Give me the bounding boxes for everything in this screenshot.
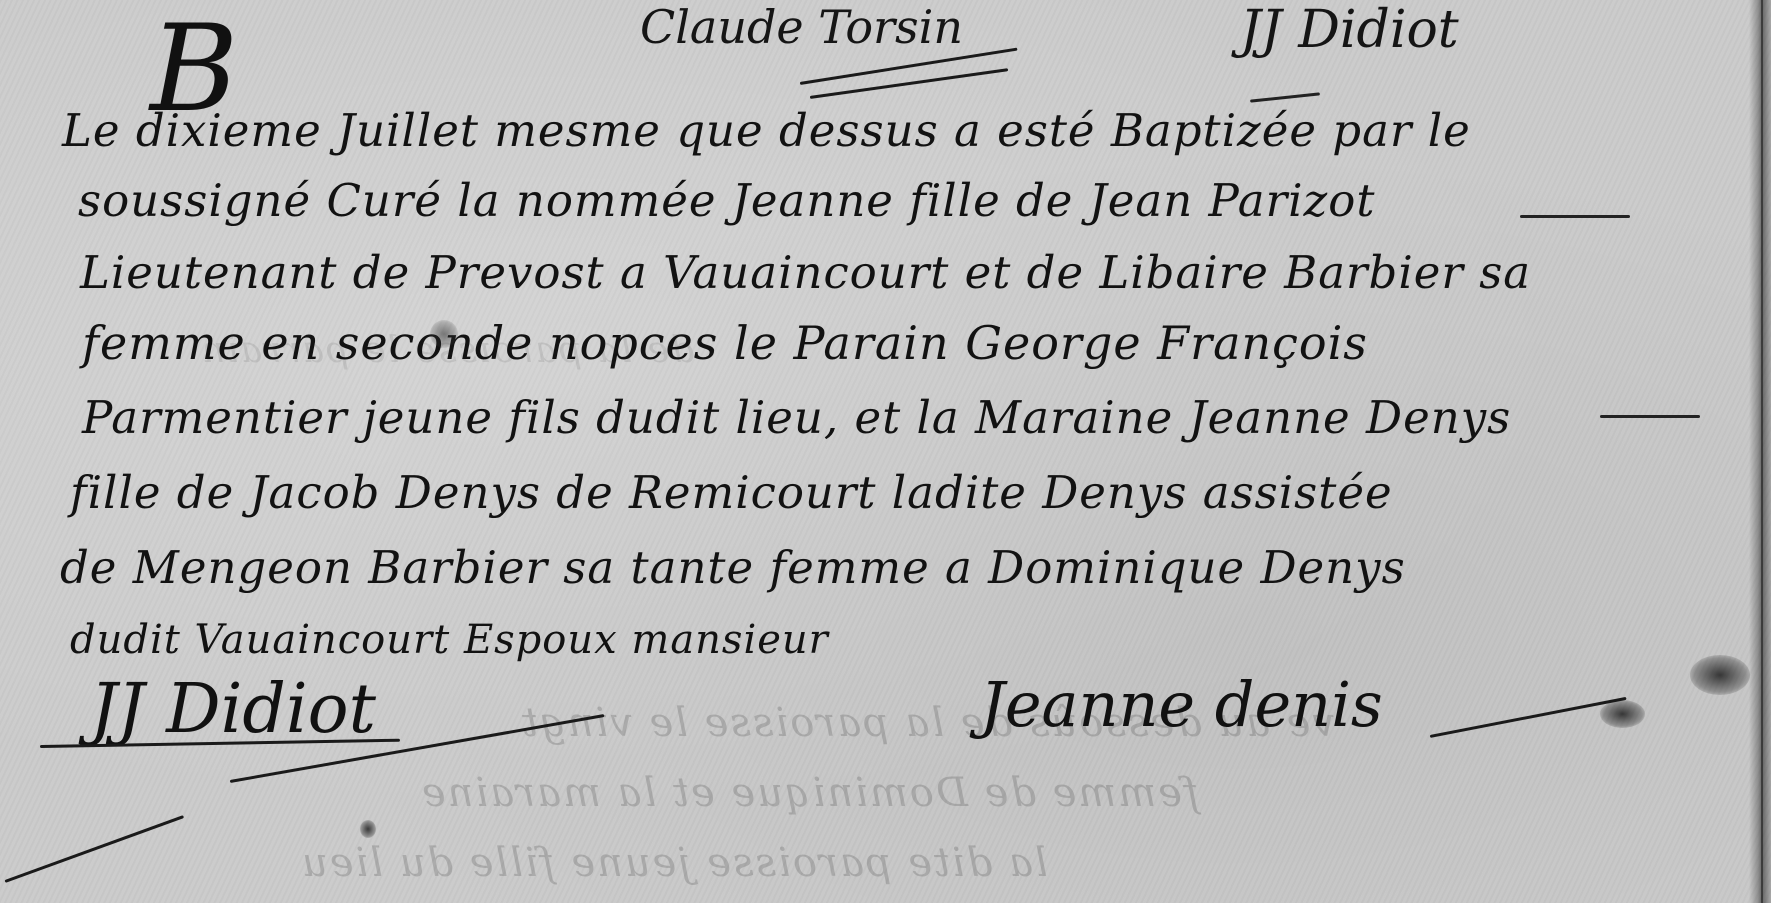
bleed-through-text: la dite paroisse jeune fille du lieu (300, 840, 1048, 886)
page-binding-edge (1749, 0, 1771, 903)
bleed-through-text: femme de Dominique et la maraine (420, 770, 1199, 816)
line-filler-dash (1520, 215, 1630, 218)
entry-line-2: soussigné Curé la nommée Jeanne fille de… (78, 178, 1375, 223)
signature-underline (1250, 92, 1320, 102)
header-signature-right: JJ Didiot (1240, 0, 1459, 60)
line-filler-dash (1600, 415, 1700, 418)
header-signature-left: Claude Torsin (640, 0, 963, 54)
signature-flourish (1430, 697, 1627, 738)
signature-flourish (4, 815, 184, 883)
entry-line-7: de Mengeon Barbier sa tante femme a Domi… (60, 545, 1406, 590)
register-page: ve au dessoûs de la paroisse le vingt fe… (0, 0, 1771, 903)
footer-signature-left: JJ Didiot (90, 670, 376, 749)
ink-blot (1600, 700, 1645, 728)
ink-blot (430, 320, 458, 348)
entry-line-5: Parmentier jeune fils dudit lieu, et la … (82, 395, 1511, 440)
ink-blot (1690, 655, 1750, 695)
entry-line-8: dudit Vauaincourt Espoux mansieur (70, 620, 829, 660)
signature-flourish (810, 68, 1008, 99)
ink-blot (360, 820, 376, 838)
page-binding-line (1761, 0, 1763, 903)
entry-line-6: fille de Jacob Denys de Remicourt ladite… (70, 470, 1393, 515)
footer-signature-right: Jeanne denis (980, 668, 1383, 741)
entry-line-1: Le dixieme Juillet mesme que dessus a es… (62, 108, 1471, 153)
entry-line-4: femme en seconde nopces le Parain George… (82, 320, 1368, 366)
entry-line-3: Lieutenant de Prevost a Vauaincourt et d… (80, 250, 1531, 295)
